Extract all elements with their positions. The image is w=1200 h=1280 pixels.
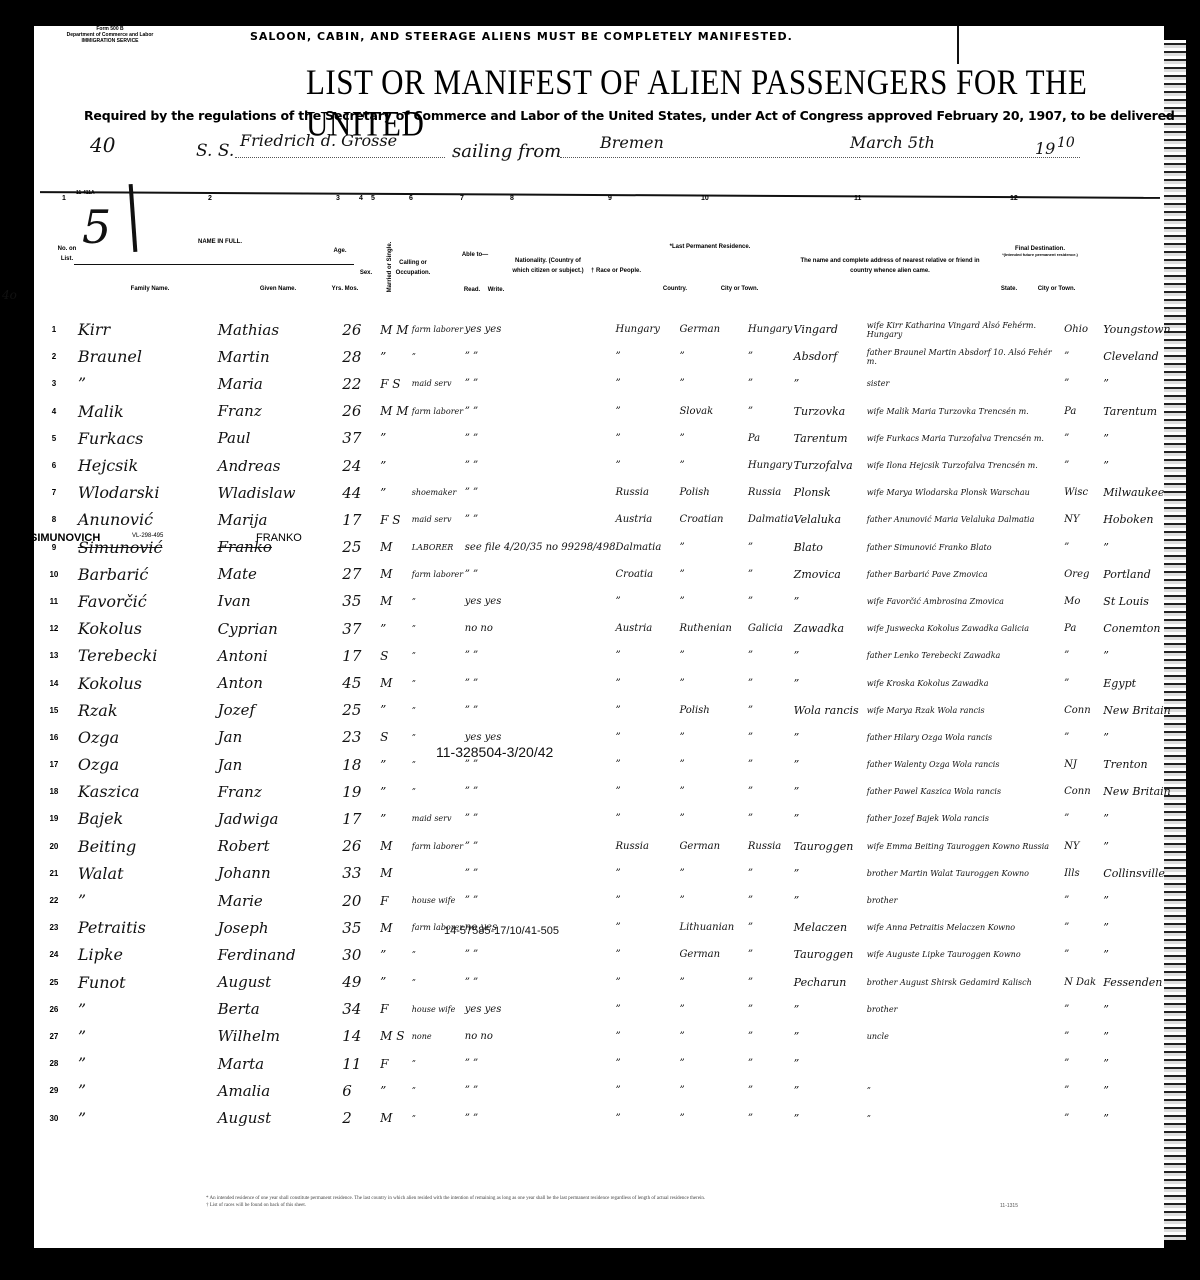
nationality: Dalmatia xyxy=(616,534,680,561)
destination-city: ” xyxy=(1103,1077,1200,1104)
sex-marital: ” xyxy=(380,941,412,968)
sex-marital: ” xyxy=(380,805,412,832)
sex-marital: M M xyxy=(380,398,412,425)
nationality: ” xyxy=(616,370,680,397)
residence-town: ” xyxy=(794,860,867,887)
read-write: ” ” xyxy=(465,452,616,479)
table-row: 12KokolusCyprian37””no noAustriaRuthenia… xyxy=(40,615,1200,642)
age: 26 xyxy=(342,316,380,343)
destination-state: Wisc xyxy=(1064,479,1103,506)
race: ” xyxy=(679,588,747,615)
destination-state: ” xyxy=(1064,805,1103,832)
read-write: yes yes xyxy=(465,316,616,343)
row-23-annotation: 14-57585-17/10/41-505 xyxy=(444,925,559,937)
age: 30 xyxy=(342,941,380,968)
nationality: ” xyxy=(616,642,680,669)
nearest-relative: brother xyxy=(867,996,1064,1023)
destination-state: ” xyxy=(1064,370,1103,397)
table-row: 17OzgaJan18””” ”””””father Walenty Ozga … xyxy=(40,751,1200,778)
read-write: yes yes xyxy=(465,996,616,1023)
occupation: maid serv xyxy=(412,370,465,397)
header-able-to: Able to— xyxy=(455,250,495,260)
residence-country: ” xyxy=(748,534,794,561)
year-suffix: 10 xyxy=(1057,135,1075,151)
row-number: 21 xyxy=(40,860,68,887)
age: 26 xyxy=(342,398,380,425)
race: ” xyxy=(679,724,747,751)
row-number: 17 xyxy=(40,751,68,778)
given-name: Johann xyxy=(208,860,343,887)
age: 27 xyxy=(342,561,380,588)
row-number: 18 xyxy=(40,778,68,805)
residence-country: Dalmatia xyxy=(748,506,794,533)
read-write: ” ” xyxy=(465,805,616,832)
col-num-3: 3 xyxy=(336,195,340,202)
col-num-2: 2 xyxy=(208,195,212,202)
year-prefix: 19 xyxy=(1035,139,1055,158)
row-number: 28 xyxy=(40,1050,68,1077)
race: Ruthenian xyxy=(679,615,747,642)
sailing-label: sailing from xyxy=(452,141,561,162)
race: ” xyxy=(679,860,747,887)
destination-state: ” xyxy=(1064,996,1103,1023)
given-name: Andreas xyxy=(208,452,343,479)
race: ” xyxy=(679,778,747,805)
family-name: ” xyxy=(68,1050,208,1077)
row-number: 20 xyxy=(40,833,68,860)
race: ” xyxy=(679,370,747,397)
read-write: no no xyxy=(465,1023,616,1050)
row-number: 8 xyxy=(40,506,68,533)
nearest-relative: wife Auguste Lipke Tauroggen Kowno xyxy=(867,941,1064,968)
occupation xyxy=(412,425,465,452)
header-no-on-list: No. on List. xyxy=(52,244,82,264)
table-row: 28”Marta11F”” ””””””” xyxy=(40,1050,1200,1077)
age: 25 xyxy=(342,697,380,724)
read-write: ” ” xyxy=(465,1077,616,1104)
given-name: Amalia xyxy=(208,1077,343,1104)
destination-city: ” xyxy=(1103,996,1200,1023)
residence-town: ” xyxy=(794,996,867,1023)
occupation: none xyxy=(412,1023,465,1050)
nationality: ” xyxy=(616,697,680,724)
destination-city: New Britain xyxy=(1103,778,1200,805)
nearest-relative: wife Malik Maria Turzovka Trencsén m. xyxy=(867,398,1064,425)
page-mark: 40 xyxy=(90,133,115,157)
family-name: Ozga xyxy=(68,724,208,751)
residence-town: ” xyxy=(794,642,867,669)
nearest-relative: father Anunović Maria Velaluka Dalmatia xyxy=(867,506,1064,533)
nationality: ” xyxy=(616,343,680,370)
header-country: Country. xyxy=(655,284,695,294)
table-row: 6HejcsikAndreas24”” ”””HungaryTurzofalva… xyxy=(40,452,1200,479)
given-name: Jan xyxy=(208,724,343,751)
residence-town: ” xyxy=(794,887,867,914)
table-row: 20BeitingRobert26Mfarm laborer” ”RussiaG… xyxy=(40,833,1200,860)
occupation: house wife xyxy=(412,996,465,1023)
table-row: 14KokolusAnton45M”” ”””””wife Kroska Kok… xyxy=(40,669,1200,696)
header-relative: The name and complete address of nearest… xyxy=(790,256,990,276)
nationality: Russia xyxy=(616,479,680,506)
occupation: ” xyxy=(412,343,465,370)
age: 11 xyxy=(342,1050,380,1077)
destination-city: Hoboken xyxy=(1103,506,1200,533)
form-identifier: Form 500 B Department of Commerce and La… xyxy=(50,26,170,44)
destination-state: ” xyxy=(1064,452,1103,479)
read-write: yes yes xyxy=(465,588,616,615)
nationality: ” xyxy=(616,1104,680,1131)
age: 37 xyxy=(342,425,380,452)
col-num-10: 10 xyxy=(701,195,709,202)
residence-country: ” xyxy=(748,778,794,805)
nationality: ” xyxy=(616,887,680,914)
residence-country: ” xyxy=(748,697,794,724)
destination-state: ” xyxy=(1064,1104,1103,1131)
age: 23 xyxy=(342,724,380,751)
given-name: Wilhelm xyxy=(208,1023,343,1050)
sex-marital: F S xyxy=(380,506,412,533)
residence-country: Russia xyxy=(748,833,794,860)
age: 20 xyxy=(342,887,380,914)
service-name: IMMIGRATION SERVICE xyxy=(50,38,170,44)
destination-state: Mo xyxy=(1064,588,1103,615)
destination-state: NY xyxy=(1064,833,1103,860)
age: 37 xyxy=(342,615,380,642)
nationality: ” xyxy=(616,669,680,696)
ss-label: S. S. xyxy=(196,141,234,161)
sex-marital: ” xyxy=(380,1077,412,1104)
race: ” xyxy=(679,669,747,696)
nearest-relative: wife Marya Wlodarska Plonsk Warschau xyxy=(867,479,1064,506)
sheet-number: 5 xyxy=(82,200,111,254)
given-name: Jozef xyxy=(208,697,343,724)
col-num-8: 8 xyxy=(510,195,514,202)
nationality: ” xyxy=(616,751,680,778)
destination-state: Conn xyxy=(1064,697,1103,724)
read-write: ” ” xyxy=(465,370,616,397)
header-destination-note: *(Intended future permanent residence.) xyxy=(995,252,1085,257)
occupation: farm laborer xyxy=(412,561,465,588)
occupation: shoemaker xyxy=(412,479,465,506)
table-row: 24LipkeFerdinand30””” ””German”Tauroggen… xyxy=(40,941,1200,968)
form-code: 11-1315 xyxy=(1000,1203,1018,1209)
nationality: ” xyxy=(616,398,680,425)
table-row: 19BajekJadwiga17”maid serv” ”””””father … xyxy=(40,805,1200,832)
residence-town: ” xyxy=(794,588,867,615)
read-write: ” ” xyxy=(465,669,616,696)
destination-state: NY xyxy=(1064,506,1103,533)
sex-marital: M xyxy=(380,860,412,887)
nearest-relative: father Simunović Franko Blato xyxy=(867,534,1064,561)
footnote-residence: * An intended residence of one year shal… xyxy=(206,1195,1026,1202)
occupation: ” xyxy=(412,1050,465,1077)
residence-town: ” xyxy=(794,1104,867,1131)
nearest-relative: father Barbarić Pave Zmovica xyxy=(867,561,1064,588)
destination-state: Ills xyxy=(1064,860,1103,887)
residence-town: Vingard xyxy=(794,316,867,343)
race: ” xyxy=(679,561,747,588)
read-write: ” ” xyxy=(465,778,616,805)
table-row: 15RzakJozef25””” ””Polish”Wola ranciswif… xyxy=(40,697,1200,724)
destination-state: ” xyxy=(1064,425,1103,452)
table-row: 9SimunovićFranko25MLABORERsee file 4/20/… xyxy=(40,534,1200,561)
given-name: Berta xyxy=(208,996,343,1023)
table-row: 3”Maria22F Smaid serv” ”””””sister”” xyxy=(40,370,1200,397)
sex-marital: ” xyxy=(380,778,412,805)
residence-town: ” xyxy=(794,1077,867,1104)
given-name: Paul xyxy=(208,425,343,452)
table-row: 11FavorčićIvan35M”yes yes””””wife Favorč… xyxy=(40,588,1200,615)
table-row: 16OzgaJan23S”yes yes””””father Hilary Oz… xyxy=(40,724,1200,751)
sex-marital: F xyxy=(380,887,412,914)
destination-city: ” xyxy=(1103,642,1200,669)
sex-marital: F xyxy=(380,996,412,1023)
footnote: * An intended residence of one year shal… xyxy=(206,1195,1026,1209)
nearest-relative: wife Anna Petraitis Melaczen Kowno xyxy=(867,914,1064,941)
read-write: no no xyxy=(465,615,616,642)
residence-country: Galicia xyxy=(748,615,794,642)
table-row: 21WalatJohann33M” ”””””brother Martin Wa… xyxy=(40,860,1200,887)
family-name: Malik xyxy=(68,398,208,425)
age: 44 xyxy=(342,479,380,506)
nearest-relative: wife Marya Rzak Wola rancis xyxy=(867,697,1064,724)
destination-state: Pa xyxy=(1064,615,1103,642)
family-name: Walat xyxy=(68,860,208,887)
residence-town: ” xyxy=(794,1050,867,1077)
col-num-1: 1 xyxy=(62,195,66,202)
age: 49 xyxy=(342,969,380,996)
row-number: 4 xyxy=(40,398,68,425)
header-city-town: City or Town. xyxy=(712,284,767,294)
table-row: 29”Amalia6””” ”””””””” xyxy=(40,1077,1200,1104)
nationality: Austria xyxy=(616,506,680,533)
sex-marital: ” xyxy=(380,615,412,642)
header-occupation: Calling or Occupation. xyxy=(393,258,433,278)
residence-country: Pa xyxy=(748,425,794,452)
destination-city: ” xyxy=(1103,941,1200,968)
col-num-5: 5 xyxy=(371,195,375,202)
residence-town: Tarentum xyxy=(794,425,867,452)
nearest-relative: brother August Shirsk Gedamird Kalisch xyxy=(867,969,1064,996)
occupation: maid serv xyxy=(412,506,465,533)
occupation: house wife xyxy=(412,887,465,914)
family-name: Ozga xyxy=(68,751,208,778)
sex-marital: ” xyxy=(380,969,412,996)
sex-marital: F xyxy=(380,1050,412,1077)
nearest-relative: ” xyxy=(867,1104,1064,1131)
family-name: ” xyxy=(68,887,208,914)
destination-city: ” xyxy=(1103,370,1200,397)
read-write: ” ” xyxy=(465,479,616,506)
header-rule-name xyxy=(74,264,354,265)
destination-state: Oreg xyxy=(1064,561,1103,588)
destination-city: ” xyxy=(1103,1023,1200,1050)
corrected-given-name: FRANKO xyxy=(256,532,302,544)
nearest-relative: father Braunel Martin Absdorf 10. Alsó F… xyxy=(867,343,1064,370)
residence-country: ” xyxy=(748,1104,794,1131)
family-name: Wlodarski xyxy=(68,479,208,506)
destination-city: Tarentum xyxy=(1103,398,1200,425)
destination-state: ” xyxy=(1064,914,1103,941)
manifest-banner: SALOON, CABIN, AND STEERAGE ALIENS MUST … xyxy=(250,30,793,43)
residence-town: Turzovka xyxy=(794,398,867,425)
given-name: Martin xyxy=(208,343,343,370)
family-name: Barbarić xyxy=(68,561,208,588)
family-name: ” xyxy=(68,1077,208,1104)
race: ” xyxy=(679,1104,747,1131)
nearest-relative: father Lenko Terebecki Zawadka xyxy=(867,642,1064,669)
nationality: ” xyxy=(616,778,680,805)
col-num-6: 6 xyxy=(409,195,413,202)
residence-country: Hungary xyxy=(748,316,794,343)
residence-country: ” xyxy=(748,805,794,832)
sex-marital: M xyxy=(380,669,412,696)
family-name: Hejcsik xyxy=(68,452,208,479)
family-name: ” xyxy=(68,1023,208,1050)
age: 34 xyxy=(342,996,380,1023)
given-name: August xyxy=(208,1104,343,1131)
occupation: farm laborer xyxy=(412,833,465,860)
ship-name: Friedrich d. Grosse xyxy=(240,131,397,150)
residence-town: ” xyxy=(794,751,867,778)
table-row: 7WlodarskiWladislaw44”shoemaker” ”Russia… xyxy=(40,479,1200,506)
residence-town: ” xyxy=(794,669,867,696)
nationality: ” xyxy=(616,969,680,996)
sex-marital: M xyxy=(380,914,412,941)
destination-state: ” xyxy=(1064,343,1103,370)
corrected-family-name: SIMUNOVICH xyxy=(30,532,100,544)
destination-city: ” xyxy=(1103,425,1200,452)
sex-marital: M xyxy=(380,588,412,615)
occupation xyxy=(412,860,465,887)
residence-country: ” xyxy=(748,1050,794,1077)
family-name: Braunel xyxy=(68,343,208,370)
occupation: ” xyxy=(412,969,465,996)
age: 14 xyxy=(342,1023,380,1050)
read-write: ” ” xyxy=(465,833,616,860)
margin-mark xyxy=(957,26,959,64)
age: 6 xyxy=(342,1077,380,1104)
sex-marital: ” xyxy=(380,751,412,778)
family-name: Furkacs xyxy=(68,425,208,452)
race: ” xyxy=(679,425,747,452)
table-row: 4MalikFranz26M Mfarm laborer” ””Slovak”T… xyxy=(40,398,1200,425)
family-name: Kokolus xyxy=(68,615,208,642)
row-number: 16 xyxy=(40,724,68,751)
given-name: Cyprian xyxy=(208,615,343,642)
nationality: ” xyxy=(616,1050,680,1077)
nationality: ” xyxy=(616,996,680,1023)
residence-town: Wola rancis xyxy=(794,697,867,724)
read-write: ” ” xyxy=(465,887,616,914)
nearest-relative: wife Emma Beiting Tauroggen Kowno Russia xyxy=(867,833,1064,860)
given-name: Mathias xyxy=(208,316,343,343)
read-write: ” ” xyxy=(465,1050,616,1077)
table-row: 27”Wilhelm14M Snoneno no””””uncle”” xyxy=(40,1023,1200,1050)
read-write: ” ” xyxy=(465,425,616,452)
age: 17 xyxy=(342,642,380,669)
given-name: Antoni xyxy=(208,642,343,669)
residence-town: Absdorf xyxy=(794,343,867,370)
sex-marital: M xyxy=(380,1104,412,1131)
nearest-relative: brother xyxy=(867,887,1064,914)
destination-city: Trenton xyxy=(1103,751,1200,778)
destination-city: ” xyxy=(1103,452,1200,479)
row-number: 23 xyxy=(40,914,68,941)
age: 26 xyxy=(342,833,380,860)
residence-country: ” xyxy=(748,343,794,370)
sex-marital: ” xyxy=(380,343,412,370)
table-row: 13TerebeckiAntoni17S”” ”””””father Lenko… xyxy=(40,642,1200,669)
sex-marital: ” xyxy=(380,425,412,452)
read-write: ” ” xyxy=(465,969,616,996)
destination-state: ” xyxy=(1064,724,1103,751)
destination-city: New Britain xyxy=(1103,697,1200,724)
residence-town: Turzofalva xyxy=(794,452,867,479)
family-name: Kirr xyxy=(68,316,208,343)
header-last-residence: *Last Permanent Residence. xyxy=(650,242,770,252)
nationality: ” xyxy=(616,941,680,968)
race: ” xyxy=(679,1077,747,1104)
destination-state: Conn xyxy=(1064,778,1103,805)
read-write: see file 4/20/35 no 99298/498 xyxy=(465,534,616,561)
row-16-annotation: 11-328504-3/20/42 xyxy=(436,744,553,760)
race: German xyxy=(679,316,747,343)
sex-marital: M xyxy=(380,561,412,588)
nearest-relative xyxy=(867,1050,1064,1077)
destination-city: Fessenden xyxy=(1103,969,1200,996)
sex-marital: S xyxy=(380,642,412,669)
nearest-relative: uncle xyxy=(867,1023,1064,1050)
residence-country: ” xyxy=(748,914,794,941)
destination-city: Cleveland xyxy=(1103,343,1200,370)
residence-country: ” xyxy=(748,669,794,696)
table-row: 2BraunelMartin28””” ””””Absdorffather Br… xyxy=(40,343,1200,370)
required-statement: Required by the regulations of the Secre… xyxy=(84,108,1175,123)
table-row: 1KirrMathias26M Mfarm laboreryes yesHung… xyxy=(40,316,1200,343)
nationality: Croatia xyxy=(616,561,680,588)
row-number: 11 xyxy=(40,588,68,615)
destination-city: ” xyxy=(1103,887,1200,914)
age: 24 xyxy=(342,452,380,479)
nearest-relative: brother Martin Walat Tauroggen Kowno xyxy=(867,860,1064,887)
family-name: Funot xyxy=(68,969,208,996)
residence-country: ” xyxy=(748,561,794,588)
destination-state: Pa xyxy=(1064,398,1103,425)
race: German xyxy=(679,941,747,968)
col-num-7: 7 xyxy=(460,195,464,202)
destination-city: Youngstown xyxy=(1103,316,1200,343)
race: Polish xyxy=(679,697,747,724)
footnote-races: † List of races will be found on back of… xyxy=(206,1202,1026,1209)
residence-country: ” xyxy=(748,751,794,778)
destination-city: ” xyxy=(1103,1050,1200,1077)
occupation xyxy=(412,452,465,479)
sex-marital: M xyxy=(380,534,412,561)
read-write: ” ” xyxy=(465,697,616,724)
race: ” xyxy=(679,534,747,561)
destination-city: ” xyxy=(1103,724,1200,751)
nearest-relative: wife Favorčić Ambrosina Zmovica xyxy=(867,588,1064,615)
given-name: Ivan xyxy=(208,588,343,615)
residence-country: ” xyxy=(748,887,794,914)
nearest-relative: wife Furkacs Maria Turzofalva Trencsén m… xyxy=(867,425,1064,452)
age: 17 xyxy=(342,506,380,533)
age: 35 xyxy=(342,588,380,615)
destination-state: ” xyxy=(1064,534,1103,561)
occupation: ” xyxy=(412,588,465,615)
nationality: ” xyxy=(616,1023,680,1050)
